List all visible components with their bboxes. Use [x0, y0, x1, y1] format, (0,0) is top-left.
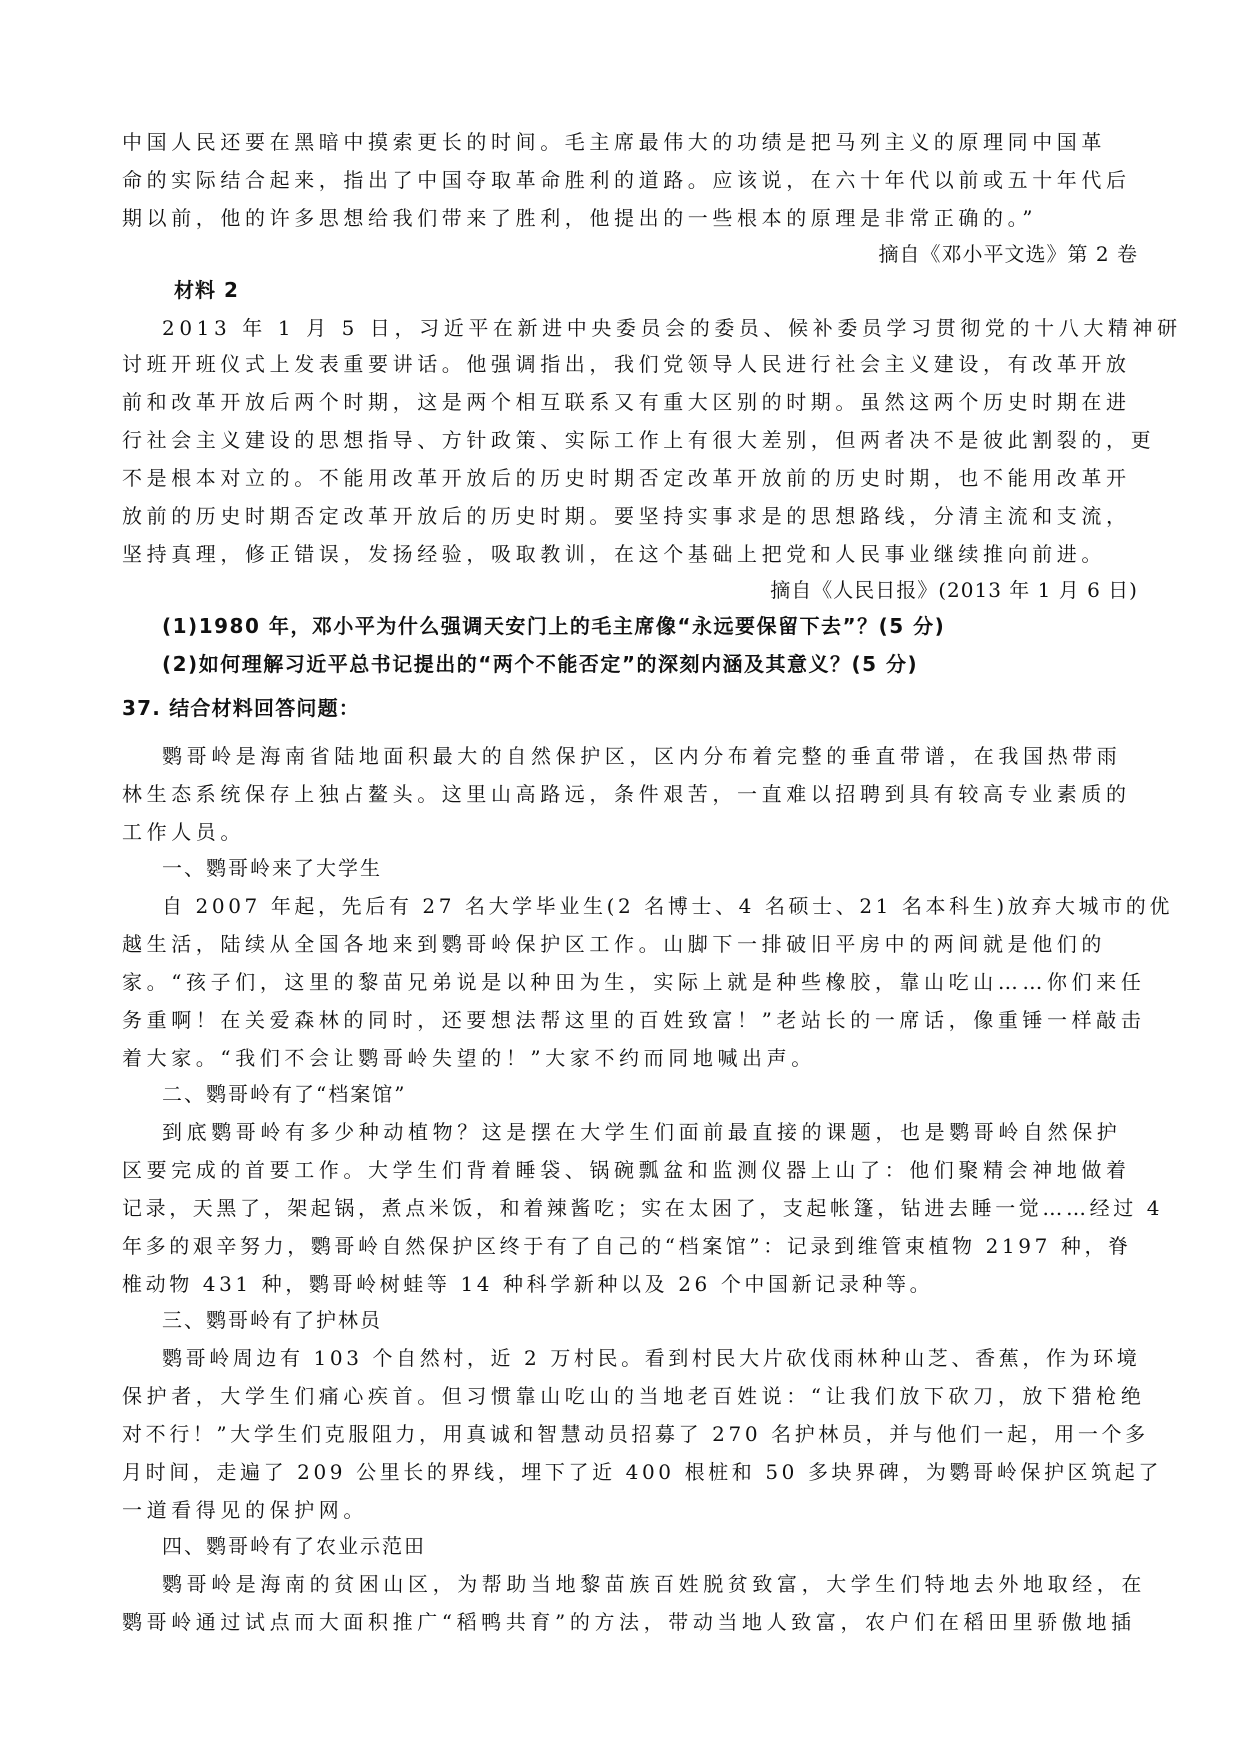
section-line: 务重啊！在关爱森林的同时，还要想法帮这里的百姓致富！”老站长的一席话，像重锤一样… [122, 1006, 1138, 1036]
material2-line: 行社会主义建设的思想指导、方针政策、实际工作上有很大差别，但两者决不是彼此割裂的… [122, 426, 1138, 456]
section-line: 鹦哥岭周边有 103 个自然村，近 2 万村民。看到村民大片砍伐雨林种山芝、香蕉… [162, 1344, 1138, 1374]
section-heading: 三、鹦哥岭有了护林员 [162, 1306, 1178, 1336]
q37-intro-line: 林生态系统保存上独占鳌头。这里山高路远，条件艰苦，一直难以招聘到具有较高专业素质… [122, 780, 1138, 810]
material2-line: 放前的历史时期否定改革开放后的历史时期。要坚持实事求是的思想路线，分清主流和支流… [122, 502, 1138, 532]
section-line: 记录，天黑了，架起锅，煮点米饭，和着辣酱吃；实在太困了，支起帐篷，钻进去睡一觉…… [122, 1194, 1138, 1224]
section-line: 越生活，陆续从全国各地来到鹦哥岭保护区工作。山脚下一排破旧平房中的两间就是他们的 [122, 930, 1138, 960]
q37-intro-line: 鹦哥岭是海南省陆地面积最大的自然保护区，区内分布着完整的垂直带谱，在我国热带雨 [162, 742, 1138, 772]
section-line: 月时间，走遍了 209 公里长的界线，埋下了近 400 根桩和 50 多块界碑，… [122, 1458, 1138, 1488]
section-line: 一道看得见的保护网。 [122, 1496, 1138, 1526]
section-line: 区要完成的首要工作。大学生们背着睡袋、锅碗瓢盆和监测仪器上山了：他们聚精会神地做… [122, 1156, 1138, 1186]
section-line: 对不行！”大学生们克服阻力，用真诚和智慧动员招募了 270 名护林员，并与他们一… [122, 1420, 1138, 1450]
section-heading: 一、鹦哥岭来了大学生 [162, 854, 1178, 884]
material2-label: 材料 2 [174, 276, 1190, 306]
material1-source: 摘自《邓小平文选》第 2 卷 [879, 240, 1138, 270]
material2-line: 讨班开班仪式上发表重要讲话。他强调指出，我们党领导人民进行社会主义建设，有改革开… [122, 350, 1138, 380]
material1-line: 中国人民还要在黑暗中摸索更长的时间。毛主席最伟大的功绩是把马列主义的原理同中国革 [122, 128, 1138, 158]
section-line: 自 2007 年起，先后有 27 名大学毕业生(2 名博士、4 名硕士、21 名… [162, 892, 1138, 922]
section-line: 鹦哥岭是海南的贫困山区，为帮助当地黎苗族百姓脱贫致富，大学生们特地去外地取经，在 [162, 1570, 1138, 1600]
material1-line: 命的实际结合起来，指出了中国夺取革命胜利的道路。应该说，在六十年代以前或五十年代… [122, 166, 1138, 196]
section-line: 椎动物 431 种，鹦哥岭树蛙等 14 种科学新种以及 26 个中国新记录种等。 [122, 1270, 1138, 1300]
material2-source: 摘自《人民日报》(2013 年 1 月 6 日) [770, 576, 1138, 606]
section-line: 到底鹦哥岭有多少种动植物？这是摆在大学生们面前最直接的课题，也是鹦哥岭自然保护 [162, 1118, 1138, 1148]
question-36-2: (2)如何理解习近平总书记提出的“两个不能否定”的深刻内涵及其意义？(5 分) [162, 650, 1178, 680]
material1-line: 期以前，他的许多思想给我们带来了胜利，他提出的一些根本的原理是非常正确的。” [122, 204, 1138, 234]
question-36-1: (1)1980 年，邓小平为什么强调天安门上的毛主席像“永远要保留下去”？(5 … [162, 612, 1178, 642]
section-line: 着大家。“我们不会让鹦哥岭失望的！”大家不约而同地喊出声。 [122, 1044, 1138, 1074]
section-heading: 四、鹦哥岭有了农业示范田 [162, 1532, 1178, 1562]
section-line: 保护者，大学生们痛心疾首。但习惯靠山吃山的当地老百姓说：“让我们放下砍刀，放下猎… [122, 1382, 1138, 1412]
exam-page: 中国人民还要在黑暗中摸索更长的时间。毛主席最伟大的功绩是把马列主义的原理同中国革… [0, 0, 1240, 1754]
material2-line: 2013 年 1 月 5 日，习近平在新进中央委员会的委员、候补委员学习贯彻党的… [162, 314, 1138, 344]
material2-line: 坚持真理，修正错误，发扬经验，吸取教训，在这个基础上把党和人民事业继续推向前进。 [122, 540, 1138, 570]
question-37-title: 37. 结合材料回答问题： [122, 694, 1138, 724]
section-heading: 二、鹦哥岭有了“档案馆” [162, 1080, 1178, 1110]
section-line: 年多的艰辛努力，鹦哥岭自然保护区终于有了自己的“档案馆”：记录到维管束植物 21… [122, 1232, 1138, 1262]
section-line: 鹦哥岭通过试点而大面积推广“稻鸭共育”的方法，带动当地人致富，农户们在稻田里骄傲… [122, 1608, 1138, 1638]
q37-intro-line: 工作人员。 [122, 818, 1138, 848]
material2-line: 不是根本对立的。不能用改革开放后的历史时期否定改革开放前的历史时期，也不能用改革… [122, 464, 1138, 494]
material2-line: 前和改革开放后两个时期，这是两个相互联系又有重大区别的时期。虽然这两个历史时期在… [122, 388, 1138, 418]
section-line: 家。“孩子们，这里的黎苗兄弟说是以种田为生，实际上就是种些橡胶，靠山吃山……你们… [122, 968, 1138, 998]
